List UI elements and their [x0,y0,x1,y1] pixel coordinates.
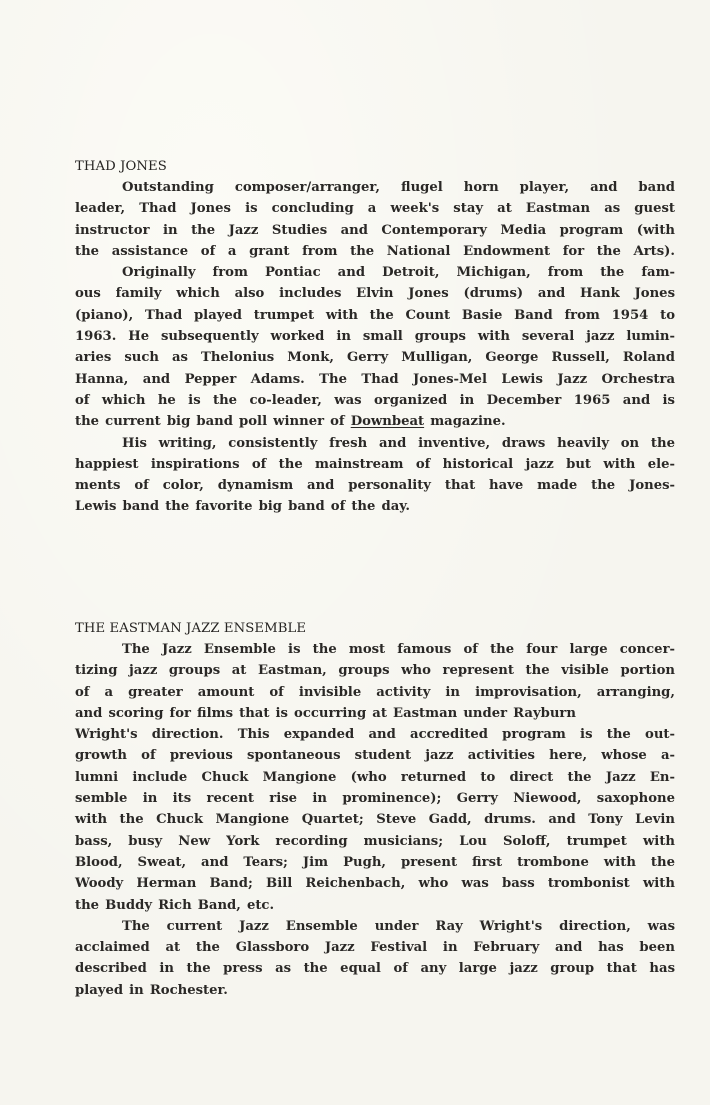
text-line: Outstanding composer/arranger, flugel ho… [75,177,675,198]
text-fragment: the current big band poll winner of [75,414,351,429]
text-line: Originally from Pontiac and Detroit, Mic… [75,262,675,283]
text-line: the assistance of a grant from the Natio… [75,241,675,262]
text-line: The Jazz Ensemble is the most famous of … [75,639,675,660]
text-line: 1963. He subsequently worked in small gr… [75,326,675,347]
text-line: aries such as Thelonius Monk, Gerry Mull… [75,347,675,368]
paragraph: His writing, consistently fresh and inve… [75,433,675,518]
paragraph: Outstanding composer/arranger, flugel ho… [75,177,675,262]
text-line: The current Jazz Ensemble under Ray Wrig… [75,916,675,937]
text-line: lumni include Chuck Mangione (who return… [75,767,675,788]
text-line: the Buddy Rich Band, etc. [75,895,675,916]
text-line: the current big band poll winner of Down… [75,411,675,432]
text-line: with the Chuck Mangione Quartet; Steve G… [75,809,675,830]
text-line: acclaimed at the Glassboro Jazz Festival… [75,937,675,958]
text-line: (piano), Thad played trumpet with the Co… [75,305,675,326]
text-line: tizing jazz groups at Eastman, groups wh… [75,660,675,681]
text-line: semble in its recent rise in prominence)… [75,788,675,809]
publication-title: Downbeat [351,414,424,429]
text-fragment: magazine. [424,414,505,429]
section-heading: THE EASTMAN JAZZ ENSEMBLE [75,618,675,639]
text-line: Hanna, and Pepper Adams. The Thad Jones-… [75,369,675,390]
text-line: ments of color, dynamism and personality… [75,475,675,496]
text-line: happiest inspirations of the mainstream … [75,454,675,475]
paragraph: Originally from Pontiac and Detroit, Mic… [75,262,675,432]
text-line: Woody Herman Band; Bill Reichenbach, who… [75,873,675,894]
text-line: bass, busy New York recording musicians;… [75,831,675,852]
text-line: Lewis band the favorite big band of the … [75,496,675,517]
text-line: and scoring for films that is occurring … [75,703,675,724]
text-line: played in Rochester. [75,980,675,1001]
text-line: Blood, Sweat, and Tears; Jim Pugh, prese… [75,852,675,873]
text-line: of which he is the co-leader, was organi… [75,390,675,411]
section-eastman-jazz-ensemble: THE EASTMAN JAZZ ENSEMBLE The Jazz Ensem… [75,618,675,1001]
text-line: growth of previous spontaneous student j… [75,745,675,766]
section-thad-jones: THAD JONES Outstanding composer/arranger… [75,156,675,518]
text-line: His writing, consistently fresh and inve… [75,433,675,454]
text-line: leader, Thad Jones is concluding a week'… [75,198,675,219]
text-line: instructor in the Jazz Studies and Conte… [75,220,675,241]
paragraph: The current Jazz Ensemble under Ray Wrig… [75,916,675,1001]
text-line: described in the press as the equal of a… [75,958,675,979]
text-line: ous family which also includes Elvin Jon… [75,283,675,304]
text-line: of a greater amount of invisible activit… [75,682,675,703]
text-line: Wright's direction. This expanded and ac… [75,724,675,745]
paragraph: The Jazz Ensemble is the most famous of … [75,639,675,916]
document-page: THAD JONES Outstanding composer/arranger… [0,0,710,1105]
section-heading: THAD JONES [75,156,675,177]
